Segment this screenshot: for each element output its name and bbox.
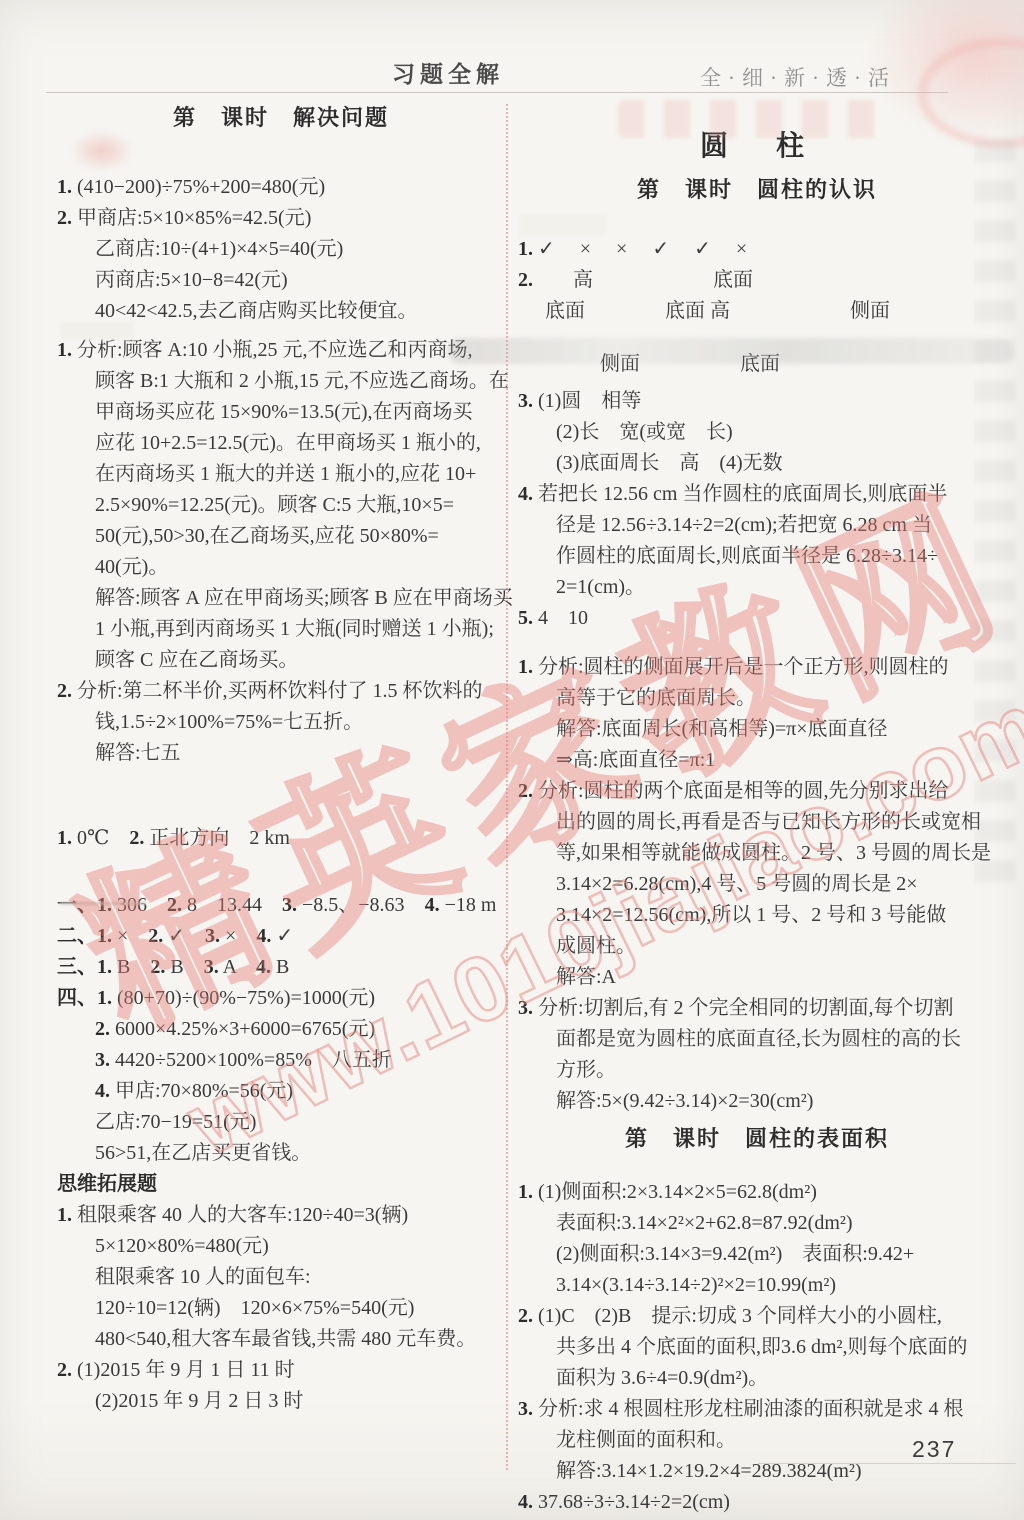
text-line: ⇒高:底面直径=π:1 — [518, 745, 996, 776]
text-line: 二、1. × 2. ✓ 3. × 4. ✓ — [57, 921, 505, 952]
text-line: 1. ✓ × × ✓ ✓ × — [518, 234, 996, 265]
text-line: 顾客 C 应在乙商场买。 — [57, 645, 505, 676]
text-line: 1. 分析:顾客 A:10 小瓶,25 元,不应选乙和丙商场, — [57, 335, 505, 366]
text-line: 2.5×90%=12.25(元)。顾客 C:5 大瓶,10×5= — [57, 490, 505, 521]
text-line: 2. 分析:圆柱的两个底面是相等的圆,先分别求出给 — [518, 776, 996, 807]
text-line: 1. 租限乘客 40 人的大客车:120÷40=3(辆) — [57, 1200, 505, 1231]
text-line: 在丙商场买 1 瓶大的并送 1 瓶小的,应花 10+ — [57, 459, 505, 490]
text-line: 4. 甲店:70×80%=56(元) — [57, 1076, 505, 1107]
text-line: 1. (1)侧面积:2×3.14×2×5=62.8(dm²) — [518, 1177, 996, 1208]
chapter-title: 圆 柱 — [518, 126, 996, 168]
text-line: 解答:顾客 A 应在甲商场买;顾客 B 应在甲商场买 — [57, 583, 505, 614]
text-line: 3. 分析:切割后,有 2 个完全相同的切割面,每个切割 — [518, 993, 996, 1024]
text-line: 租限乘客 10 人的面包车: — [57, 1262, 505, 1293]
left-column: 第 课时 解决问题1. (410−200)÷75%+200=480(元)2. 甲… — [57, 100, 505, 1417]
text-line: 2. 6000×4.25%×3+6000=6765(元) — [57, 1014, 505, 1045]
text-line: 乙店:70−19=51(元) — [57, 1107, 505, 1138]
text-line: 面积为 3.6÷4=0.9(dm²)。 — [518, 1363, 996, 1394]
text-line: 2=1(cm)。 — [518, 572, 996, 603]
footer-rule — [758, 1463, 1016, 1464]
text-line: 方形。 — [518, 1055, 996, 1086]
text-line: 3. (1)圆 相等 — [518, 386, 996, 417]
text-line: 56>51,在乙店买更省钱。 — [57, 1138, 505, 1169]
text-line: 顾客 B:1 大瓶和 2 小瓶,15 元,不应选乙商场。在 — [57, 366, 505, 397]
text-line: 乙商店:10÷(4+1)×4×5=40(元) — [57, 234, 505, 265]
text-line: 甲商场买应花 15×90%=13.5(元),在丙商场买 — [57, 397, 505, 428]
text-line: 2. 分析:第二杯半价,买两杯饮料付了 1.5 杯饮料的 — [57, 676, 505, 707]
text-line: 应花 10+2.5=12.5(元)。在甲商场买 1 瓶小的, — [57, 428, 505, 459]
text-line: (2)侧面积:3.14×3=9.42(m²) 表面积:9.42+ — [518, 1239, 996, 1270]
text-line: 40(元)。 — [57, 552, 505, 583]
right-column: 圆 柱第 课时 圆柱的认识1. ✓ × × ✓ ✓ ×2. 高 底面底面 底面 … — [518, 126, 996, 1518]
text-line: 50(元),50>30,在乙商场买,应花 50×80%= — [57, 521, 505, 552]
text-line: 解答:5×(9.42÷3.14)×2=30(cm²) — [518, 1086, 996, 1117]
text-line: 1. 0℃ 2. 正北方向 2 km — [57, 823, 505, 854]
text-line: 侧面 底面 — [518, 349, 996, 380]
text-line: 四、1. (80+70)÷(90%−75%)=1000(元) — [57, 983, 505, 1014]
text-line: 表面积:3.14×2²×2+62.8=87.92(dm²) — [518, 1208, 996, 1239]
text-line: 2. (1)2015 年 9 月 1 日 11 时 — [57, 1355, 505, 1386]
text-line: 底面 底面 高 侧面 — [518, 296, 996, 327]
page-number: 237 — [912, 1436, 956, 1463]
text-line: 解答:七五 — [57, 738, 505, 769]
text-line: 高等于它的底面周长。 — [518, 683, 996, 714]
section-heading: 第 课时 解决问题 — [57, 100, 505, 136]
booklet-title: 习题全解 — [392, 56, 504, 89]
text-line: 3.14×(3.14÷3.14÷2)²×2=10.99(m²) — [518, 1270, 996, 1301]
text-line: 等,如果相等就能做成圆柱。2 号、3 号圆的周长是 — [518, 838, 996, 869]
section-heading: 第 课时 圆柱的表面积 — [518, 1121, 996, 1157]
text-line: (2)长 宽(或宽 长) — [518, 417, 996, 448]
text-line: 三、1. B 2. B 3. A 4. B — [57, 952, 505, 983]
text-line: 出的圆的周长,再看是否与已知长方形的长或宽相 — [518, 807, 996, 838]
text-line: 5. 4 10 — [518, 603, 996, 634]
text-line: 3.14×2=6.28(cm),4 号、5 号圆的周长是 2× — [518, 869, 996, 900]
text-line: 480<540,租大客车最省钱,共需 480 元车费。 — [57, 1324, 505, 1355]
text-line: 思维拓展题 — [57, 1169, 505, 1200]
text-line: 共多出 4 个底面的面积,即3.6 dm²,则每个底面的 — [518, 1332, 996, 1363]
text-line: 成圆柱。 — [518, 931, 996, 962]
text-line: 120÷10=12(辆) 120×6×75%=540(元) — [57, 1293, 505, 1324]
text-line: 解答:A — [518, 962, 996, 993]
text-line: 2. 甲商店:5×10×85%=42.5(元) — [57, 203, 505, 234]
text-line: 1. 分析:圆柱的侧面展开后是一个正方形,则圆柱的 — [518, 652, 996, 683]
text-line: 丙商店:5×10−8=42(元) — [57, 265, 505, 296]
text-line: 作圆柱的底面周长,则底面半径是 6.28÷3.14÷ — [518, 541, 996, 572]
text-line: 面都是宽为圆柱的底面直径,长为圆柱的高的长 — [518, 1024, 996, 1055]
text-line: 40<42<42.5,去乙商店购买比较便宜。 — [57, 296, 505, 327]
text-line: 解答:底面周长(和高相等)=π×底面直径 — [518, 714, 996, 745]
text-line: 一、1. 306 2. 8 13.44 3. −8.5、−8.63 4. −18… — [57, 890, 505, 921]
text-line: 3. 4420÷5200×100%=85% 八五折 — [57, 1045, 505, 1076]
text-line: 4. 若把长 12.56 cm 当作圆柱的底面周长,则底面半 — [518, 479, 996, 510]
text-line: 径是 12.56÷3.14÷2=2(cm);若把宽 6.28 cm 当 — [518, 510, 996, 541]
text-line: 2. 高 底面 — [518, 265, 996, 296]
section-heading: 第 课时 圆柱的认识 — [518, 172, 996, 208]
text-line: (2)2015 年 9 月 2 日 3 时 — [57, 1386, 505, 1417]
workbook-answer-page: 习题全解 全·细·新·透·活 第 课时 解决问题1. (410−200)÷75%… — [0, 0, 1024, 1520]
text-line: 3. 分析:求 4 根圆柱形龙柱刷油漆的面积就是求 4 根 — [518, 1394, 996, 1425]
series-slogan: 全·细·新·透·活 — [700, 62, 896, 92]
header-rule — [46, 92, 948, 93]
text-line: 3.14×2=12.56(cm),所以 1 号、2 号和 3 号能做 — [518, 900, 996, 931]
text-line: 钱,1.5÷2×100%=75%=七五折。 — [57, 707, 505, 738]
text-line: 1. (410−200)÷75%+200=480(元) — [57, 172, 505, 203]
text-line: 4. 37.68÷3÷3.14÷2=2(cm) — [518, 1487, 996, 1518]
text-line: 5×120×80%=480(元) — [57, 1231, 505, 1262]
column-divider — [506, 104, 508, 1470]
text-line: 2. (1)C (2)B 提示:切成 3 个同样大小的小圆柱, — [518, 1301, 996, 1332]
text-line: (3)底面周长 高 (4)无数 — [518, 448, 996, 479]
text-line: 1 小瓶,再到丙商场买 1 大瓶(同时赠送 1 小瓶); — [57, 614, 505, 645]
